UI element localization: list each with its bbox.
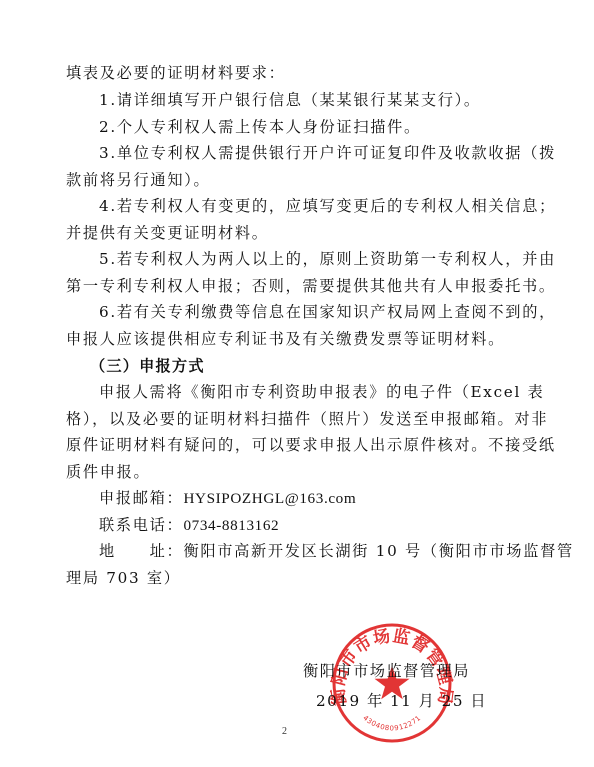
- contact-address-cont: 理局 703 室）: [66, 568, 526, 588]
- signature-date: 2019 年 11 月 25 日: [316, 690, 487, 711]
- method-paragraph-line-4: 质件申报。: [66, 462, 526, 482]
- phone-label: 联系电话：: [99, 516, 183, 534]
- contact-email: 申报邮箱：HYSIPOZHGL@163.com: [99, 488, 559, 509]
- official-seal-icon: 衡阳市市场监督管理局 4304080912271: [330, 621, 454, 745]
- document-page: 填表及必要的证明材料要求： 1.请详细填写开户银行信息（某某银行某某支行）。 2…: [0, 0, 594, 767]
- svg-text:4304080912271: 4304080912271: [361, 714, 422, 732]
- method-paragraph-line-3: 原件证明材料有疑问的，可以要求申报人出示原件核对。不接受纸: [66, 435, 526, 455]
- address-value: 衡阳市高新开发区长湖街 10 号（衡阳市市场监督管: [183, 542, 573, 560]
- address-label: 地 址：: [99, 542, 183, 560]
- contact-phone: 联系电话：0734-8813162: [99, 515, 559, 536]
- email-link[interactable]: HYSIPOZHGL@163.com: [183, 490, 356, 507]
- requirement-5-cont: 第一专利专利权人申报；否则，需要提供其他共有人申报委托书。: [66, 276, 526, 296]
- requirement-4: 4.若专利权人有变更的，应填写变更后的专利权人相关信息；: [99, 196, 559, 216]
- requirement-6: 6.若有关专利缴费等信息在国家知识产权局网上查阅不到的，: [99, 302, 559, 322]
- section-heading: （三）申报方式: [90, 356, 550, 376]
- contact-address: 地 址：衡阳市高新开发区长湖街 10 号（衡阳市市场监督管: [99, 541, 559, 561]
- requirement-5: 5.若专利权人为两人以上的，原则上资助第一专利权人，并由: [99, 249, 559, 269]
- requirement-3-cont: 款前将另行通知）。: [66, 170, 526, 190]
- email-label: 申报邮箱：: [99, 489, 183, 507]
- requirement-1: 1.请详细填写开户银行信息（某某银行某某支行）。: [99, 90, 559, 110]
- requirement-6-cont: 申报人应该提供相应专利证书及有关缴费发票等证明材料。: [66, 329, 526, 349]
- seal-code: 4304080912271: [361, 714, 422, 732]
- method-paragraph-line-2: 格），以及必要的证明材料扫描件（照片）发送至申报邮箱。对非: [66, 409, 526, 429]
- requirement-2: 2.个人专利权人需上传本人身份证扫描件。: [99, 117, 559, 137]
- phone-value: 0734-8813162: [183, 517, 279, 534]
- page-number: 2: [282, 726, 287, 737]
- requirements-intro: 填表及必要的证明材料要求：: [66, 63, 526, 83]
- requirement-4-cont: 并提供有关变更证明材料。: [66, 223, 526, 243]
- method-paragraph-line-1: 申报人需将《衡阳市专利资助申报表》的电子件（Excel 表: [99, 382, 559, 402]
- requirement-3: 3.单位专利权人需提供银行开户许可证复印件及收款收据（拨: [99, 143, 559, 163]
- signature-organization: 衡阳市市场监督管理局: [303, 660, 470, 681]
